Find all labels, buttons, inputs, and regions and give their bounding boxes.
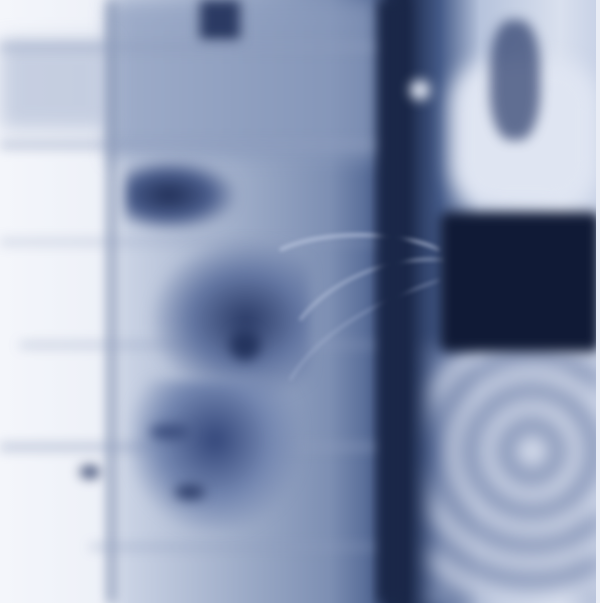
graffiti-light-spot xyxy=(410,80,430,100)
vertical-post xyxy=(378,0,408,603)
hanging-plant-pot xyxy=(440,212,600,352)
photograph xyxy=(0,0,600,603)
right-edge xyxy=(596,0,600,603)
graffiti-dark-mark xyxy=(490,20,540,140)
graffiti-lower-wall xyxy=(430,350,600,603)
